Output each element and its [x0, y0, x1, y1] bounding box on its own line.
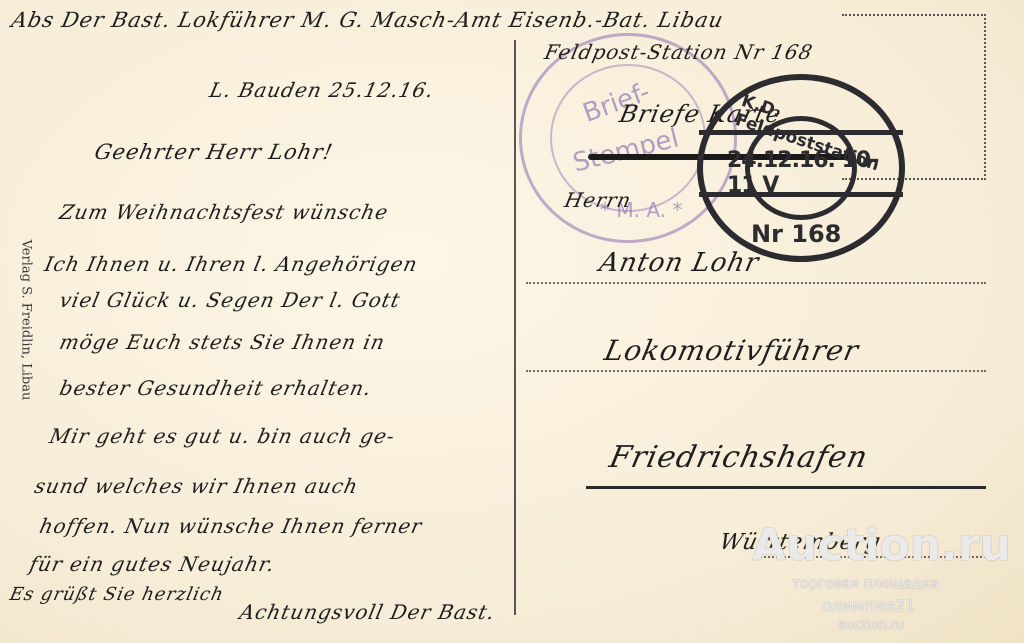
message-line: Ich Ihnen u. Ihren l. Angehörigen	[42, 252, 420, 276]
message-line: für ein gutes Neujahr.	[27, 552, 277, 576]
message-line: Zum Weihnachtsfest wünsche	[57, 200, 390, 224]
message-line: hoffen. Nun wünsche Ihnen ferner	[37, 514, 424, 538]
message-line: bester Gesundheit erhalten.	[57, 376, 374, 400]
address-rule	[526, 370, 986, 372]
message-line: Mir geht es gut u. bin auch ge-	[47, 424, 397, 448]
watermark-logo: Auction.ru	[752, 520, 1011, 571]
publisher-imprint: Verlag S. Freidlin, Libau	[14, 210, 38, 430]
sender-line: Abs Der Bast. Lokführer M. G. Masch-Amt …	[9, 8, 725, 32]
address-rule	[526, 282, 986, 284]
signature: Achtungsvoll Der Bast.	[237, 600, 497, 624]
center-divider	[514, 40, 516, 615]
place-date: L. Bauden 25.12.16.	[207, 78, 436, 102]
watermark-line: олимпия21	[822, 596, 915, 615]
recipient-occupation: Lokomotivführer	[601, 334, 861, 367]
city-underline	[586, 486, 986, 489]
address-salutation: Herrn	[562, 188, 633, 212]
message-line: Geehrter Herr Lohr!	[92, 140, 335, 164]
postmark-stamp: K.D. Feldpoststation 24.12.16. 10-11 V N…	[697, 74, 905, 262]
address-line-1: Feldpost-Station Nr 168	[542, 40, 815, 64]
watermark-line: auction.ru	[838, 618, 904, 633]
postcard: Abs Der Bast. Lokführer M. G. Masch-Amt …	[0, 0, 1024, 643]
recipient-name: Anton Lohr	[597, 248, 762, 278]
message-line: Es grüßt Sie herzlich	[8, 584, 226, 605]
message-line: viel Glück u. Segen Der l. Gott	[57, 288, 402, 312]
recipient-city: Friedrichshafen	[606, 440, 871, 475]
watermark-line: торговая площадка	[792, 576, 938, 592]
message-line: möge Euch stets Sie Ihnen in	[57, 330, 387, 354]
message-line: sund welches wir Ihnen auch	[32, 474, 360, 498]
